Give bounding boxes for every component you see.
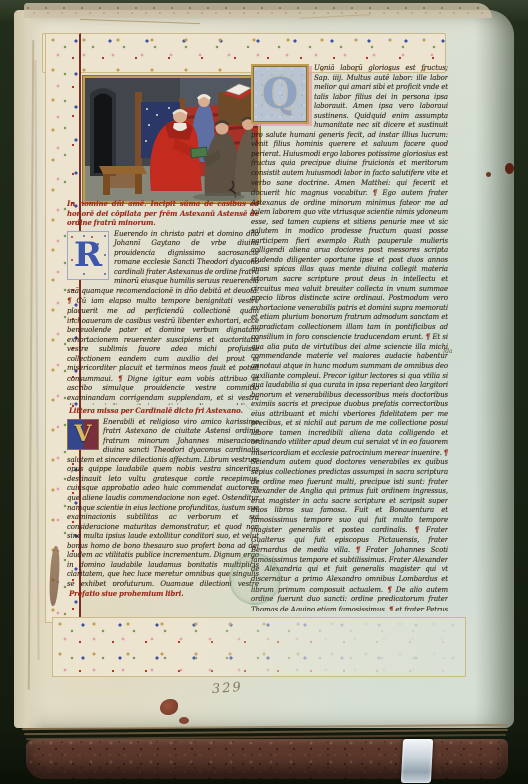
folio-number: 329	[212, 680, 244, 697]
miniature	[83, 76, 260, 203]
rubric-incipit: In nomine dñi amē. Incipit sūma de casib…	[67, 199, 259, 228]
book-top-edge	[24, 3, 492, 18]
rubric-explicit: Prefatio siue prohemium libri.	[69, 589, 259, 600]
rubric-littera-missa: Littera missa per Cardinalē dicto fri As…	[69, 406, 259, 417]
text-column-right: Q Uoniā laborū gloriosus est fructus; Sa…	[251, 64, 448, 611]
floral-border-bottom	[52, 617, 466, 677]
metal-clasp	[401, 739, 433, 783]
leather-binding	[26, 739, 508, 779]
prologue-text: Uoniā laborū gloriosus est fructus; Sap.…	[251, 64, 448, 611]
text-column-left: In nomine dñi amē. Incipit sūma de casib…	[67, 199, 259, 616]
door-panel	[94, 94, 112, 174]
decorated-initial-R: R	[67, 231, 109, 280]
photo-frame: In nomine dñi amē. Incipit sūma de casib…	[0, 0, 528, 784]
marginal-note: fda	[443, 348, 453, 355]
decorated-initial-V: V	[67, 419, 99, 450]
decorated-initial-Q: Q	[251, 64, 309, 124]
presented-book	[191, 147, 208, 158]
chair-post	[135, 92, 142, 178]
miniature-scene	[85, 78, 258, 201]
